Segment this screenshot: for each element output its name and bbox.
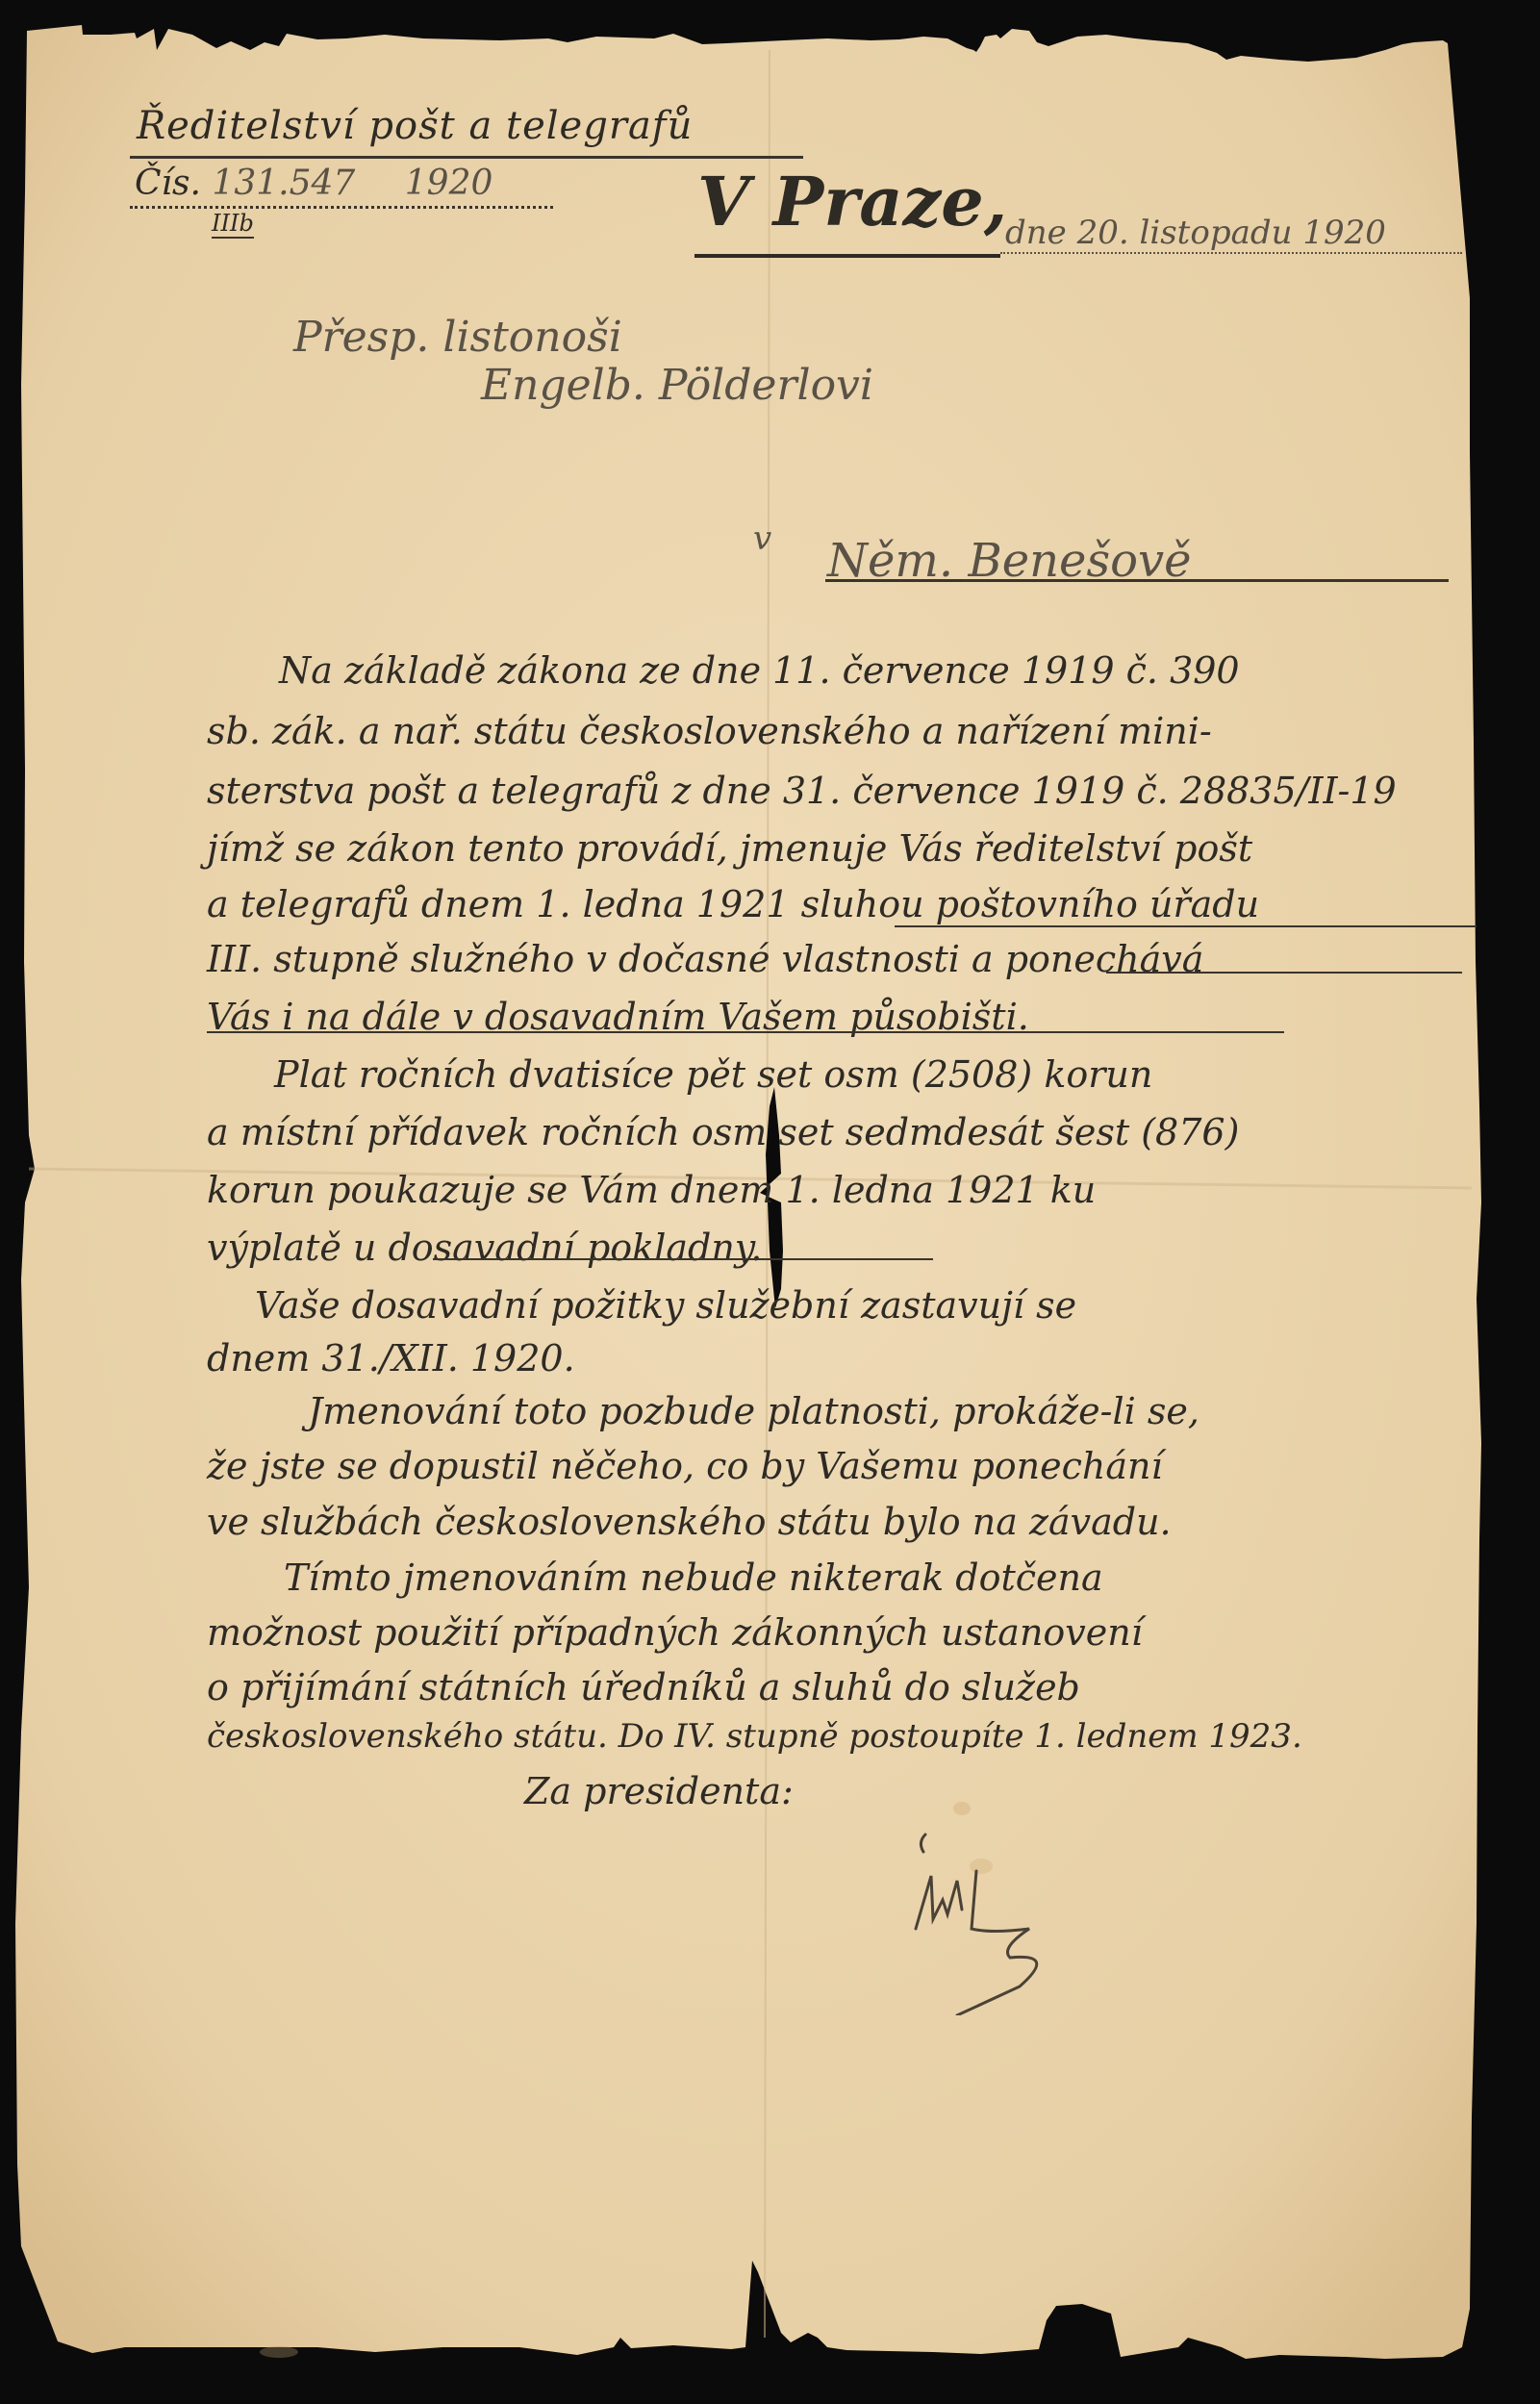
body-line-5: a telegrafů dnem 1. ledna 1921 sluhou po… <box>207 883 1259 925</box>
body-line-4: jímž se zákon tento provádí, jmenuje Vás… <box>207 827 1252 870</box>
date-value: 20. listopadu 1920 <box>1077 214 1386 252</box>
underline-pokladny <box>433 1258 933 1260</box>
body-line-18: možnost použití případných zákonných ust… <box>207 1611 1143 1654</box>
body-line-10: korun poukazuje se Vám dnem 1. ledna 192… <box>207 1169 1096 1211</box>
body-line-17: Tímto jmenováním nebude nikterak dotčena <box>284 1556 1103 1599</box>
date-dotted-line <box>1000 252 1462 254</box>
body-line-16: ve službách československého státu bylo … <box>207 1501 1172 1543</box>
body-line-14: Jmenování toto pozbude platnosti, prokáž… <box>308 1390 1199 1432</box>
town-underline <box>825 579 1449 582</box>
document-page: Ředitelství pošt a telegrafů Čís. 131.54… <box>0 0 1540 2404</box>
body-line-15: že jste se dopustil něčeho, co by Vašemu… <box>207 1445 1163 1487</box>
body-line-20-promotion: československého státu. Do IV. stupně po… <box>207 1717 1302 1756</box>
division-mark: IIIb <box>212 210 254 239</box>
body-line-8-salary: Plat ročních dvatisíce pět set osm (2508… <box>274 1053 1152 1096</box>
place-underline <box>694 254 1000 258</box>
body-line-6: III. stupně služného v dočasné vlastnost… <box>207 938 1203 980</box>
body-line-13-end-date: dnem 31./XII. 1920. <box>207 1337 575 1379</box>
issue-date: dne 20. listopadu 1920 <box>1005 214 1386 252</box>
signature-scribble-icon <box>904 1823 1116 2015</box>
addressee-title: Přesp. listonoši <box>293 313 622 362</box>
body-line-1: Na základě zákona ze dne 11. července 19… <box>279 649 1240 692</box>
reference-underline <box>130 206 553 209</box>
reference-year: 1920 <box>405 164 493 203</box>
reference-label: Čís. <box>135 164 201 203</box>
underline-sluhou <box>895 925 1477 927</box>
date-prefix: dne <box>1005 214 1067 252</box>
closing-label: Za presidenta: <box>524 1770 794 1812</box>
body-line-12: Vaše dosavadní požitky služební zastavuj… <box>255 1284 1076 1327</box>
body-line-3: sterstva pošt a telegrafů z dne 31. červ… <box>207 770 1397 812</box>
addressee-preposition: v <box>753 519 771 558</box>
reference-number: Čís. 131.547 1920 <box>135 164 492 203</box>
addressee-name: Engelb. Pölderlovi <box>481 361 873 410</box>
underline-pusobisti <box>207 1031 1284 1033</box>
signature <box>904 1823 1116 2019</box>
office-underline <box>130 156 803 159</box>
underline-ponechava <box>1106 972 1462 974</box>
body-line-9-allowance: a místní přídavek ročních osm set sedmde… <box>207 1111 1239 1153</box>
reference-value: 131.547 <box>212 164 355 203</box>
body-line-11: výplatě u dosavadní pokladny. <box>207 1227 762 1269</box>
body-line-2: sb. zák. a nař. státu československého a… <box>207 710 1212 752</box>
place-of-issue: V Praze, <box>697 162 1007 241</box>
body-line-19: o přijímání státních úředníků a sluhů do… <box>207 1666 1080 1708</box>
office-name: Ředitelství pošt a telegrafů <box>137 104 693 148</box>
